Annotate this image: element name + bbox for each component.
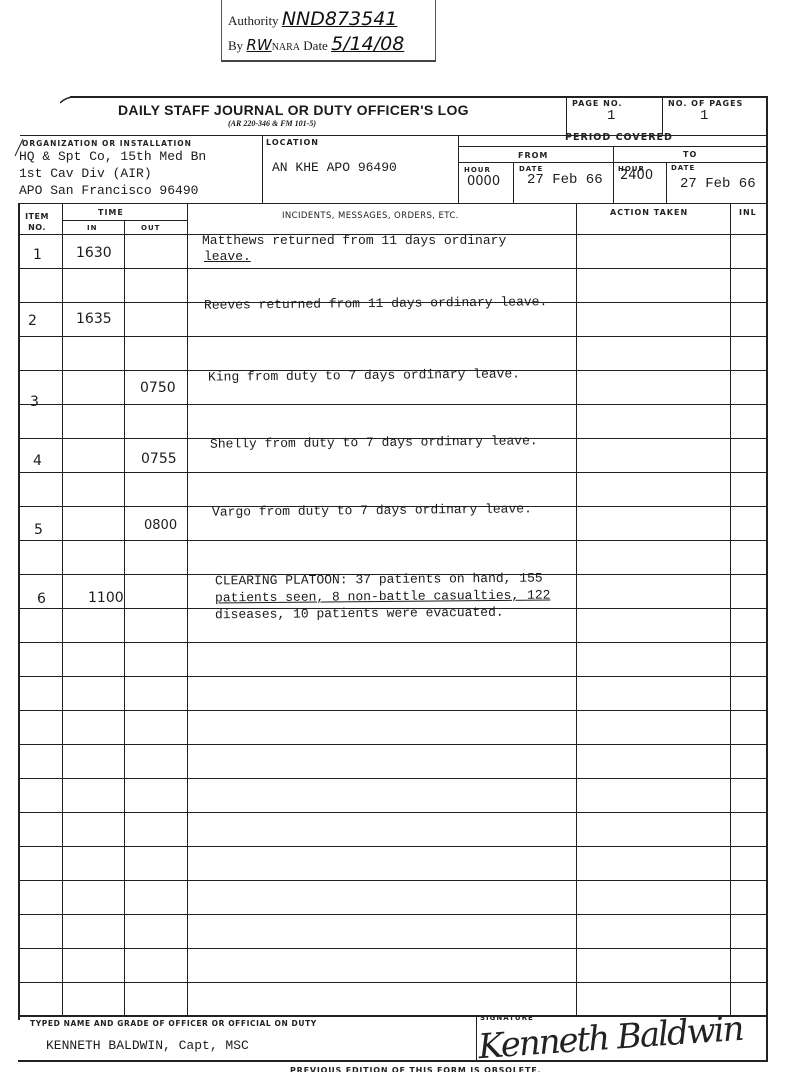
entry-time-out: 0755 — [141, 451, 177, 467]
by-line: By RWNARA Date 5/14/08 — [228, 33, 404, 55]
row-divider — [18, 982, 768, 983]
header-out: OUT — [141, 224, 160, 232]
row-divider — [18, 540, 768, 541]
authority-label: Authority — [228, 13, 279, 28]
no-of-pages-label: NO. OF PAGES — [668, 99, 743, 108]
authority-value: NND873541 — [282, 8, 398, 30]
from-hour-label: HOUR — [464, 166, 491, 174]
header-action-taken: ACTION TAKEN — [610, 208, 688, 217]
page-no-value: 1 — [607, 108, 615, 124]
from-label: FROM — [518, 151, 548, 160]
row-divider — [18, 268, 768, 269]
row-divider — [18, 336, 768, 337]
row-divider — [18, 880, 768, 881]
organization-line-3: APO San Francisco 96490 — [19, 183, 198, 198]
row-divider — [18, 846, 768, 847]
header-item-no-text: ITEM NO. — [25, 212, 49, 232]
bottom-note: PREVIOUS EDITION OF THIS FORM IS OBSOLET… — [290, 1066, 541, 1072]
date-label: Date — [303, 38, 328, 53]
officer-label: TYPED NAME AND GRADE OF OFFICER OR OFFIC… — [30, 1019, 317, 1028]
entry-time-in: 1635 — [76, 311, 112, 327]
entry-item-no: 6 — [37, 591, 46, 607]
entry-text-line: Matthews returned from 11 days ordinary — [202, 233, 506, 248]
organization-line-2: 1st Cav Div (AIR) — [19, 166, 152, 181]
entry-item-no: 3 — [30, 394, 39, 410]
entry-time-out: 0750 — [140, 380, 176, 396]
period-covered-label: PERIOD COVERED — [565, 132, 673, 143]
entry-time-in: 1630 — [76, 245, 112, 261]
to-date-label: DATE — [671, 164, 695, 172]
header-time: TIME — [98, 208, 124, 217]
row-divider — [18, 778, 768, 779]
signature-label: SIGNATURE — [480, 1014, 534, 1022]
organization-label: ORGANIZATION OR INSTALLATION — [22, 139, 192, 148]
by-label: By — [228, 38, 243, 53]
entry-text-line: CLEARING PLATOON: 37 patients on hand, 1… — [215, 571, 543, 589]
row-divider — [18, 948, 768, 949]
date-value: 5/14/08 — [331, 33, 404, 55]
entry-time-out: 0800 — [144, 518, 177, 533]
location-label: LOCATION — [266, 138, 319, 147]
header-item-no: ITEM NO. — [22, 211, 52, 233]
by-initials: RW — [246, 36, 271, 54]
row-divider — [18, 914, 768, 915]
organization-line-1: HQ & Spt Co, 15th Med Bn — [19, 149, 206, 164]
form-title: DAILY STAFF JOURNAL OR DUTY OFFICER'S LO… — [118, 102, 469, 118]
row-divider — [18, 404, 768, 405]
authority-line: Authority NND873541 — [228, 8, 397, 30]
page-no-label: PAGE NO. — [572, 99, 623, 108]
row-divider — [18, 710, 768, 711]
row-divider — [18, 676, 768, 677]
header-inl: INL — [739, 208, 757, 217]
location-value: AN KHE APO 96490 — [272, 160, 397, 175]
row-divider — [18, 642, 768, 643]
to-hour-value: 2400 — [620, 168, 653, 183]
header-incidents: INCIDENTS, MESSAGES, ORDERS, ETC. — [282, 211, 459, 221]
entry-text-line: diseases, 10 patients were evacuated. — [215, 605, 504, 623]
from-date-value: 27 Feb 66 — [527, 172, 603, 188]
from-hour-value: 0000 — [467, 174, 500, 189]
entry-item-no: 2 — [28, 313, 37, 329]
entry-item-no: 1 — [33, 247, 42, 263]
entry-time-in: 1100 — [88, 590, 124, 606]
row-divider — [18, 812, 768, 813]
row-divider — [18, 472, 768, 473]
declassification-stamp: Authority NND873541 By RWNARA Date 5/14/… — [221, 0, 436, 62]
entry-item-no: 5 — [34, 522, 43, 538]
officer-name: KENNETH BALDWIN, Capt, MSC — [46, 1038, 249, 1053]
nara-label: NARA — [272, 42, 300, 53]
form-subtitle: (AR 220-346 & FM 101-5) — [228, 119, 316, 128]
to-date-value: 27 Feb 66 — [680, 176, 756, 192]
row-divider — [18, 744, 768, 745]
entry-text-line: leave. — [204, 249, 251, 264]
to-label: TO — [683, 150, 697, 159]
header-in: IN — [87, 224, 97, 232]
entry-text-line: patients seen, 8 non-battle casualties, … — [215, 588, 551, 606]
entry-item-no: 4 — [33, 453, 42, 469]
no-of-pages-value: 1 — [700, 108, 708, 124]
